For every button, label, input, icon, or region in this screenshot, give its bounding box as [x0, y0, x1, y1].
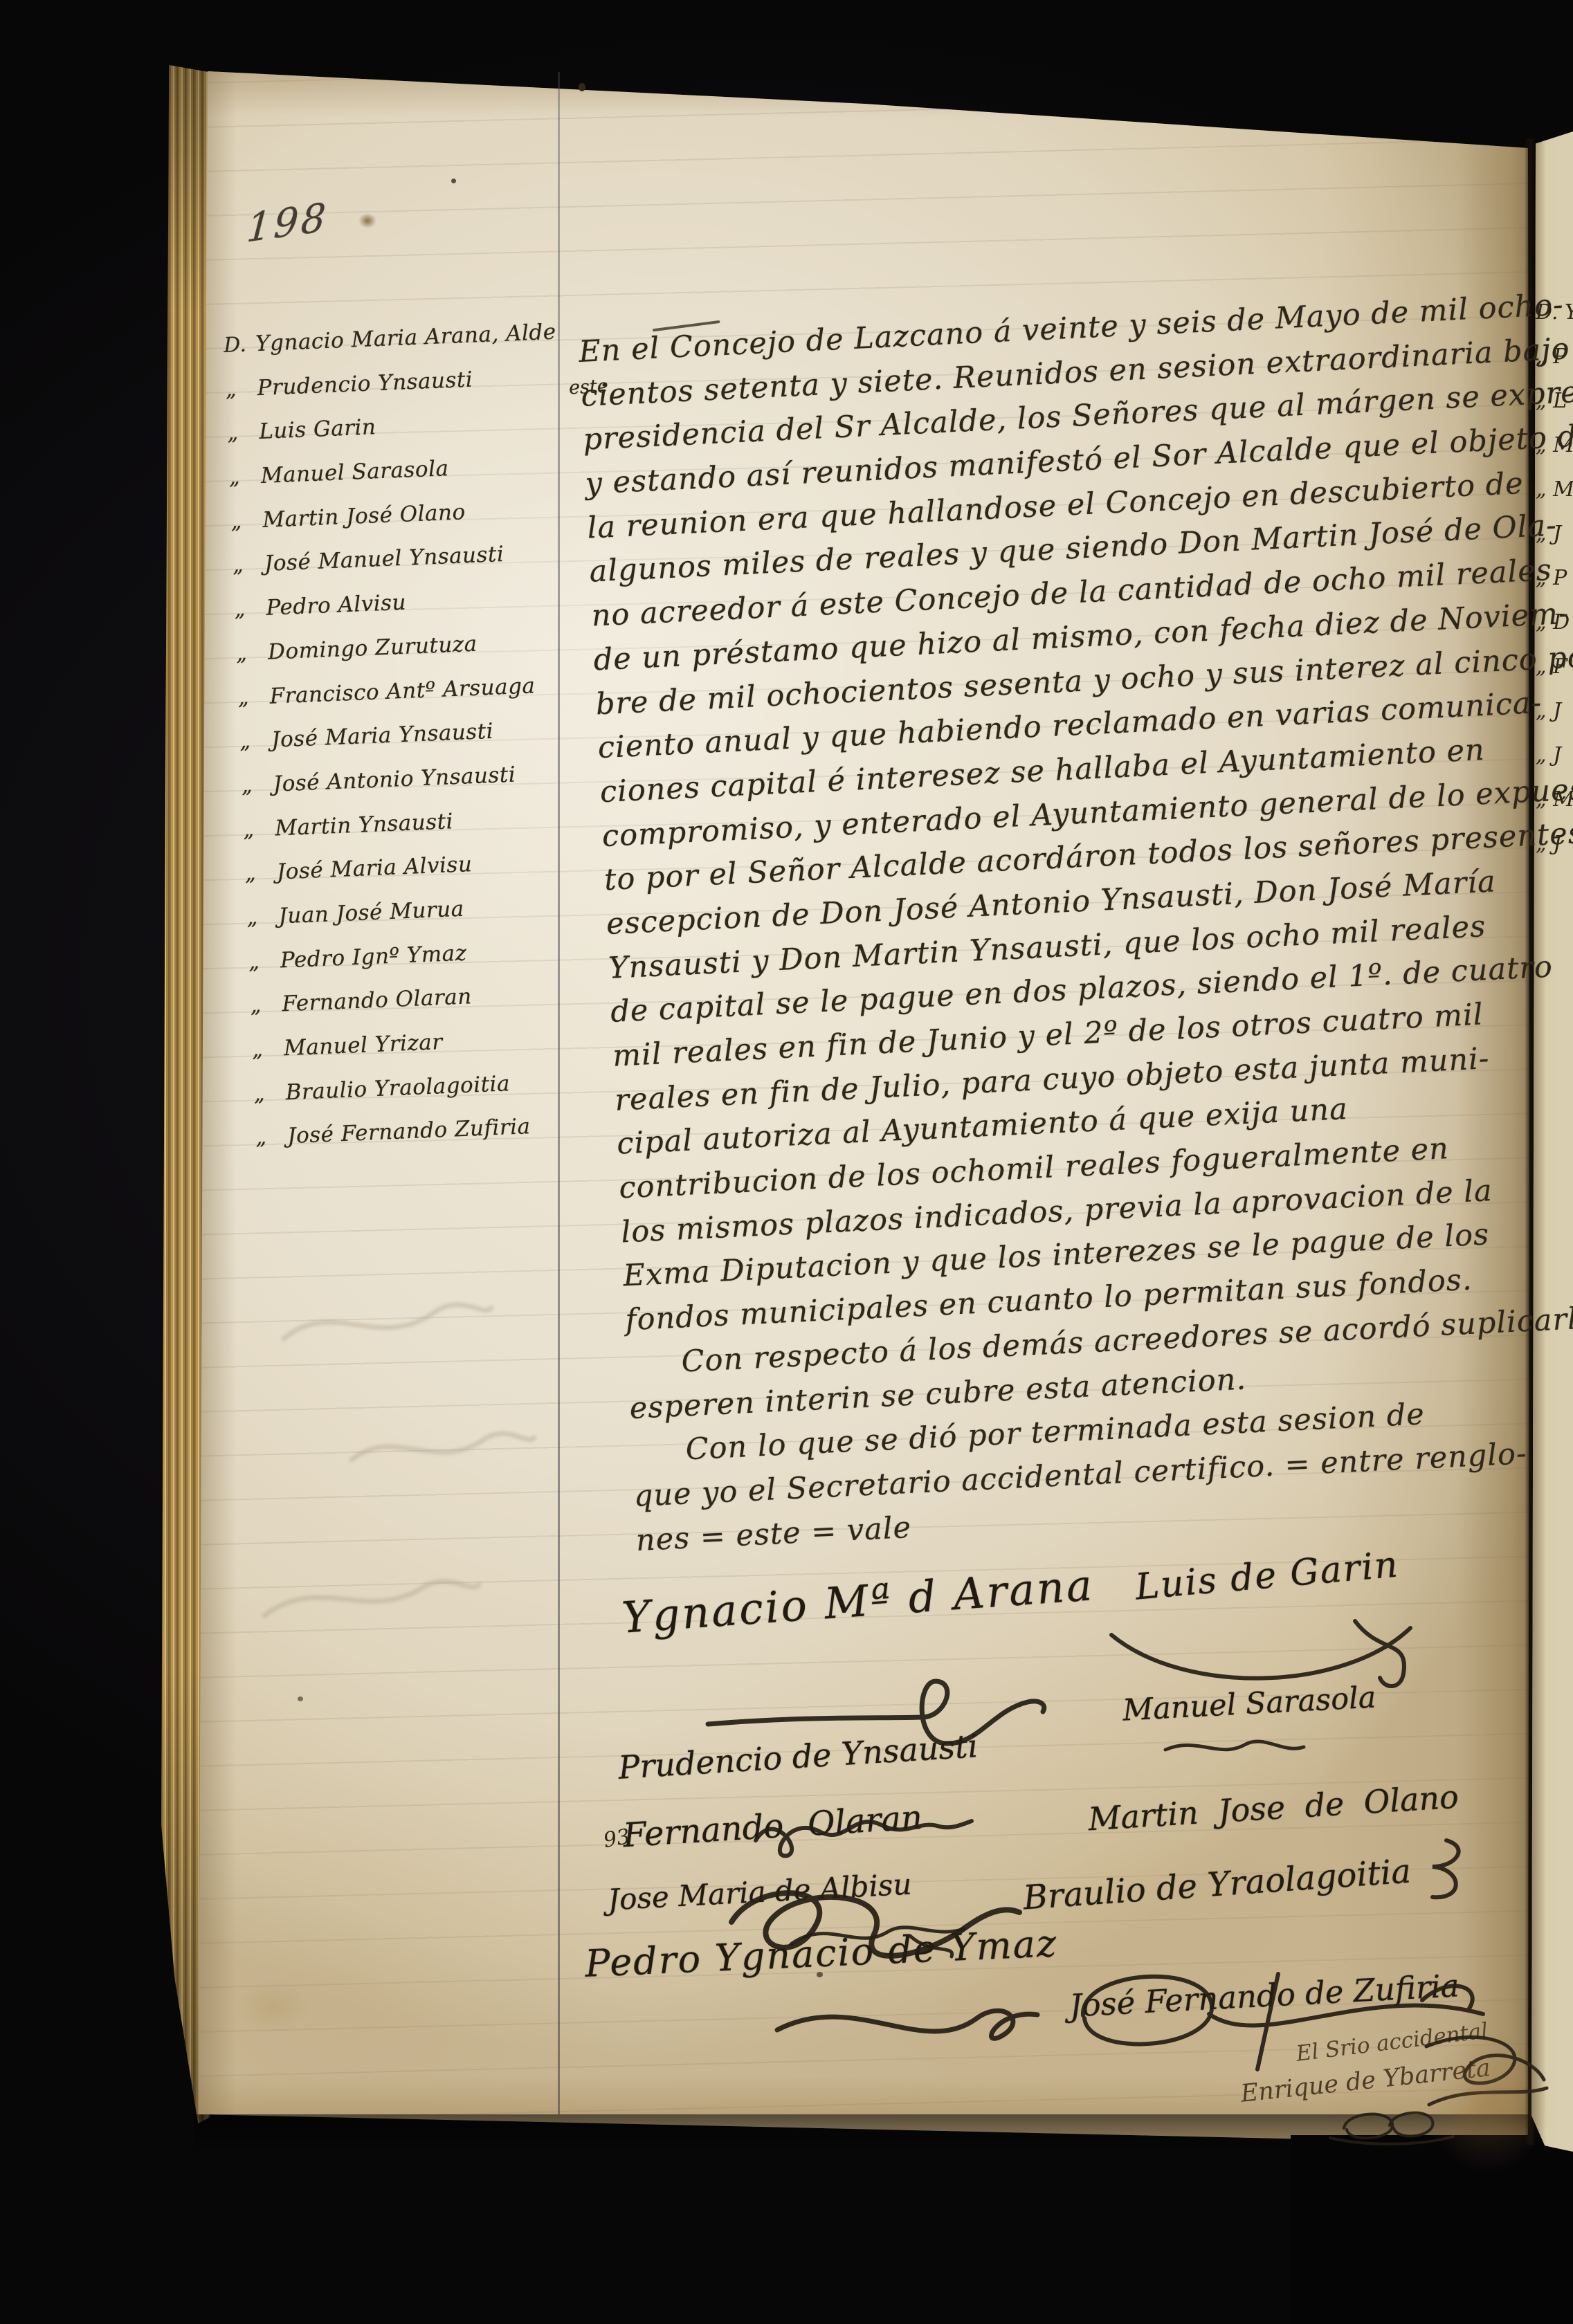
ditto-mark: „ — [255, 1115, 289, 1160]
margin-squiggle-mark: 93 — [601, 1824, 632, 1853]
attendee-name: Manuel Sarasola — [260, 447, 450, 499]
ditto-mark: „ — [244, 851, 278, 896]
ditto-mark: „ — [241, 763, 275, 808]
show-through-mark — [346, 1411, 540, 1488]
attendee-name: Martin Ynsausti — [274, 800, 454, 851]
ditto-mark: „ — [228, 455, 262, 500]
stain-mark — [1426, 2027, 1550, 2172]
ditto-mark: „ — [225, 367, 259, 412]
attendee-name: José Maria Alvisu — [276, 843, 473, 895]
attendee-name: Domingo Zurutuza — [267, 622, 478, 675]
ditto-mark: „ — [253, 1071, 287, 1116]
ink-speck — [298, 1696, 303, 1701]
attendee-name: Manuel Yrizar — [283, 1021, 444, 1071]
ditto-mark: „ — [239, 719, 273, 764]
attendee-name: Pedro Alvisu — [265, 581, 407, 631]
ditto-mark: „ — [235, 631, 269, 676]
attendee-name: Martin José Olano — [262, 491, 466, 542]
ditto-mark: „ — [248, 939, 282, 984]
show-through-mark — [256, 1550, 484, 1640]
ink-speck — [817, 1972, 823, 1977]
ditto-mark: „ — [226, 410, 260, 455]
minutes-body-text: En el Concejo de Lazcano á veinte y seis… — [578, 280, 1573, 1563]
show-through-mark — [277, 1277, 498, 1366]
ditto-mark: „ — [251, 1027, 285, 1072]
attendee-margin-list: D. Ygnacio Maria Arana, Alde „ Prudencio… — [223, 311, 589, 1160]
ditto-mark: „ — [249, 983, 283, 1028]
ditto-mark: „ — [233, 587, 267, 632]
stain-mark — [235, 1979, 311, 2034]
ditto-mark: „ — [237, 675, 271, 720]
ditto-mark: D. — [223, 322, 257, 367]
interlineated-word: este — [568, 376, 608, 399]
ditto-mark: „ — [242, 807, 276, 852]
attendee-name: Prudencio Ynsausti — [257, 358, 474, 410]
ink-speck — [451, 179, 456, 183]
attendee-name: Fernando Olaran — [281, 976, 473, 1027]
ink-speck — [579, 83, 585, 91]
attendee-name: Pedro Ignº Ymaz — [280, 931, 468, 982]
ditto-mark: „ — [246, 895, 280, 940]
backdrop-shadow-step — [1291, 2135, 1573, 2324]
ditto-mark: „ — [230, 499, 264, 544]
page-edge-toning-top — [204, 69, 1529, 118]
attendee-name: Juan José Murua — [278, 888, 465, 939]
attendee-name: Luis Garin — [258, 406, 377, 455]
stain-mark — [358, 213, 376, 228]
ditto-mark: „ — [232, 542, 266, 587]
photo-backdrop: D. Y„ P„ L„ M„ M„ J„ P„ D„ F„ J„ J„ M„ J… — [0, 0, 1573, 2324]
